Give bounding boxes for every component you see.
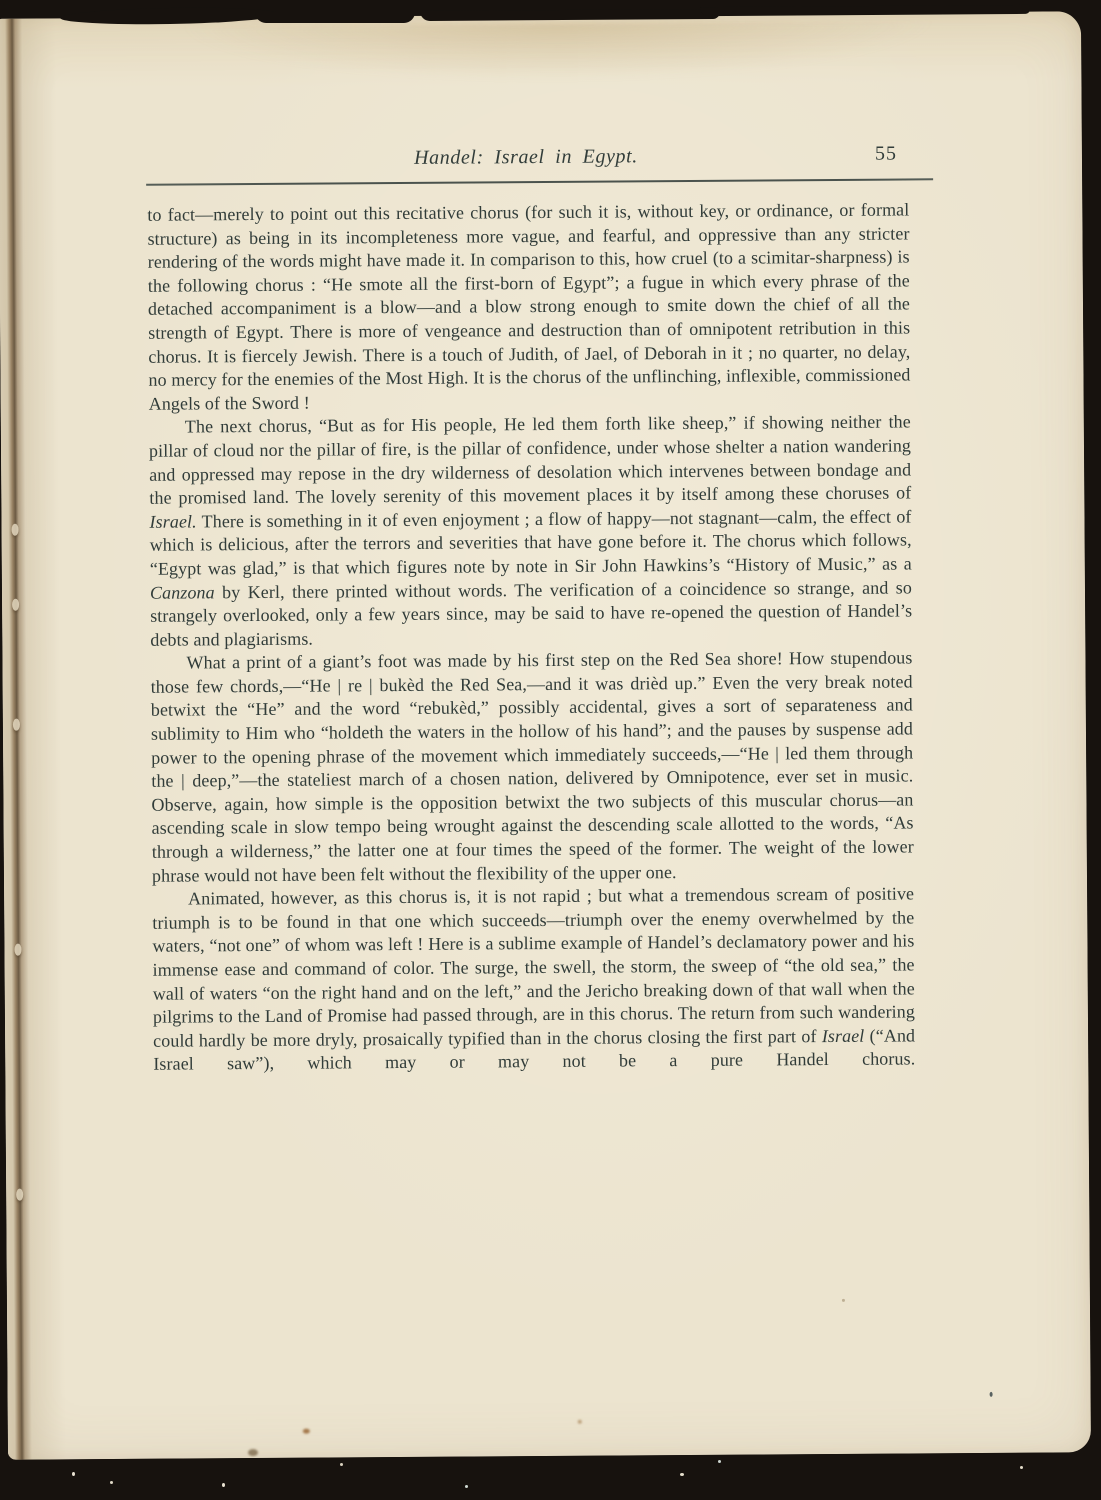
text-run: to fact—merely to point out this recitat… [147,199,910,413]
page-text: to fact—merely to point out this recitat… [147,198,915,1076]
foxing-spot [303,1429,310,1434]
header-rule [146,178,933,185]
text-run: Animated, however, as this chorus is, it… [152,884,915,1051]
dust-speck [1020,1466,1023,1469]
ink-speck [990,1392,993,1397]
dust-speck [680,1473,684,1476]
text-run: There is something in it of even enjoyme… [150,506,912,579]
text-run: What a print of a giant’s foot was made … [151,648,914,886]
dust-speck [222,1483,225,1487]
binding-thread-bump [14,944,21,956]
binding-crease [0,18,68,1459]
scanner-background: Handel: Israel in Egypt. 55 to fact—mere… [0,0,1101,1500]
binding-thread-bump [12,524,19,536]
dust-speck [718,1460,721,1463]
page-number: 55 [875,143,897,166]
running-header-title: Handel: Israel in Egypt. [246,144,806,171]
foxing-spot [578,1420,582,1424]
dust-speck [72,1472,75,1476]
dust-speck [110,1481,113,1484]
paragraph-4: Animated, however, as this chorus is, it… [152,883,915,1077]
book-page: Handel: Israel in Egypt. 55 to fact—mere… [0,11,1091,1460]
binding-thread-bump [13,719,20,731]
deckle-edge [255,12,415,23]
dust-speck [465,1485,468,1488]
italic-text-run: Canzona [150,582,215,602]
paper-stain [178,20,938,83]
italic-text-run: Israel. [149,511,196,531]
dust-speck [842,1299,845,1302]
paragraph-3: What a print of a giant’s foot was made … [150,647,914,888]
text-run: The next chorus, “But as for His people,… [149,412,911,508]
dust-speck [340,1463,343,1466]
smudge [248,1449,258,1456]
binding-thread-bump [16,1189,23,1201]
binding-thread-bump [12,599,19,611]
paragraph-1: to fact—merely to point out this recitat… [147,198,910,416]
deckle-edge [420,9,720,21]
text-run: by Kerl, there printed without words. Th… [150,577,912,650]
paragraph-2: The next chorus, “But as for His people,… [149,411,913,652]
italic-text-run: Israel [822,1026,865,1046]
